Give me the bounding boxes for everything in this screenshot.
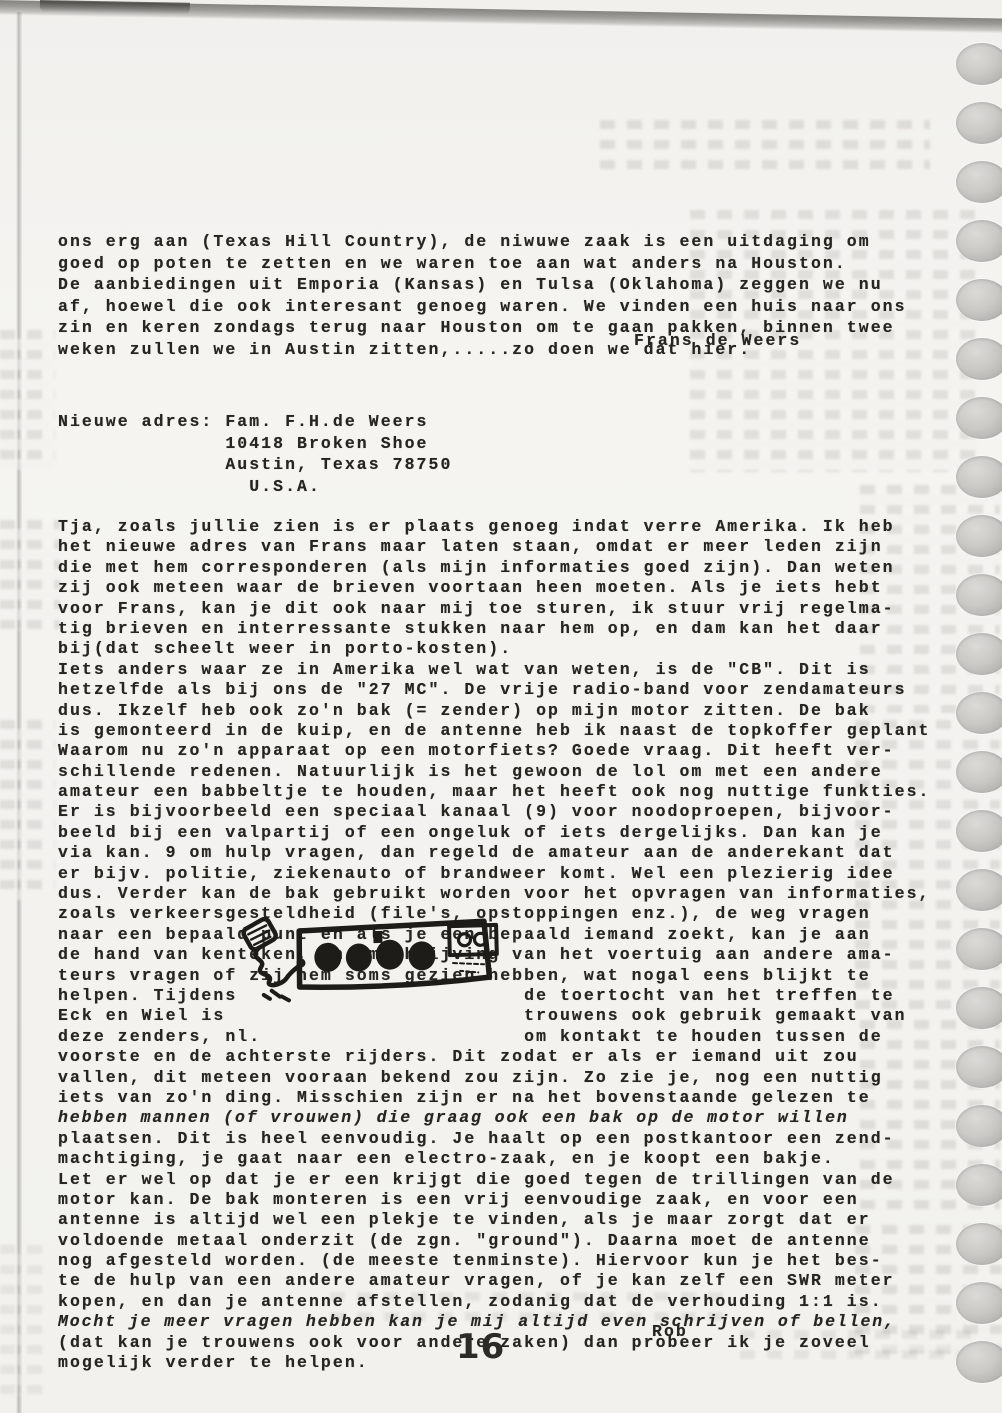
body-line: hetzelfde als bij ons de "27 MC". De vri… [58, 680, 930, 700]
body-line: vallen, dit meteen vooraan bekend zou zi… [58, 1068, 930, 1088]
body-line: beeld bij een valpartij of een ongeluk o… [58, 823, 930, 843]
address-line: Nieuwe adres: Fam. F.H.de Weers [58, 411, 452, 433]
body-line: die met hem corresponderen (als mijn inf… [58, 558, 930, 578]
body-line: Iets anders waar ze in Amerika wel wat v… [58, 660, 930, 680]
text-line: De aanbiedingen uit Emporia (Kansas) en … [58, 274, 907, 296]
binder-hole [956, 102, 1002, 144]
text-line: af, hoewel die ook interesant genoeg war… [58, 296, 907, 318]
binder-hole [956, 1046, 1002, 1088]
binder-hole [956, 1223, 1002, 1265]
bleedthrough-ghost [600, 120, 930, 170]
binder-hole [956, 574, 1002, 616]
cb-radio-doodle [238, 912, 518, 1010]
binder-hole [956, 987, 1002, 1029]
bleedthrough-ghost [0, 1245, 48, 1395]
page-number: 16 [456, 1330, 505, 1364]
body-line: plaatsen. Dit is heel eenvoudig. Je haal… [58, 1129, 930, 1149]
binder-hole [956, 633, 1002, 675]
binder-hole [956, 1105, 1002, 1147]
body-line: antenne is altijd wel een plekje te vind… [58, 1210, 930, 1230]
body-line: kopen, en dan je antenne afstellen, zoda… [58, 1292, 930, 1312]
bleedthrough-ghost [0, 330, 55, 470]
body-line: voor Frans, kan je dit ook naar mij toe … [58, 599, 930, 619]
body-line: motor kan. De bak monteren is een vrij e… [58, 1190, 930, 1210]
body-line: Waarom nu zo'n apparaat op een motorfiet… [58, 741, 930, 761]
body-line: nog afgesteld worden. (de meeste tenmins… [58, 1251, 930, 1271]
body-line: tig brieven en interressante stukken naa… [58, 619, 930, 639]
body-line: Tja, zoals jullie zien is er plaats geno… [58, 517, 930, 537]
page-left-edge-shadow [16, 12, 22, 1413]
binder-hole [956, 928, 1002, 970]
binder-hole [956, 338, 1002, 380]
body-line: Er is bijvoorbeeld een speciaal kanaal (… [58, 802, 930, 822]
body-line: het nieuwe adres van Frans maar laten st… [58, 537, 930, 557]
bleedthrough-ghost [0, 720, 55, 900]
body-line: Let er wel op dat je er een krijgt die g… [58, 1170, 930, 1190]
scanned-page: ons erg aan (Texas Hill Country), de niw… [0, 0, 1002, 1413]
binder-hole [956, 1282, 1002, 1324]
binder-hole [956, 279, 1002, 321]
body-line: er bijv. politie, ziekenauto of brandwee… [58, 864, 930, 884]
body-line: te de hulp van een andere amateur vragen… [58, 1271, 930, 1291]
binder-hole [956, 869, 1002, 911]
binder-hole [956, 161, 1002, 203]
signature-frans: Frans de Weers [634, 331, 801, 350]
body-line: voldoende metaal onderzit (de zgn. "grou… [58, 1231, 930, 1251]
binder-hole [956, 810, 1002, 852]
binder-hole [956, 1164, 1002, 1206]
body-line: machtiging, je gaat naar een electro-zaa… [58, 1149, 930, 1169]
body-line: dus. Ikzelf heb ook zo'n bak (= zender) … [58, 701, 930, 721]
body-line: via kan. 9 om hulp vragen, dan regeld de… [58, 843, 930, 863]
signature-rob: Rob [652, 1322, 688, 1341]
binder-hole [956, 692, 1002, 734]
body-line: schillende redenen. Natuurlijk is het ge… [58, 762, 930, 782]
body-line: hebben mannen (of vrouwen) die graag ook… [58, 1108, 930, 1128]
binder-hole [956, 1341, 1002, 1383]
body-line: amateur een babbeltje te houden, maar he… [58, 782, 930, 802]
binder-hole [956, 43, 1002, 85]
binder-hole [956, 456, 1002, 498]
body-line: dus. Verder kan de bak gebruikt worden v… [58, 884, 930, 904]
text-line: goed op poten te zetten en we waren toe … [58, 253, 907, 275]
bleedthrough-ghost [0, 520, 60, 630]
body-line: deze zenders, nl. om kontakt te houden t… [58, 1027, 930, 1047]
text-line: ons erg aan (Texas Hill Country), de niw… [58, 231, 907, 253]
binder-hole [956, 751, 1002, 793]
body-line: voorste en de achterste rijders. Dit zod… [58, 1047, 930, 1067]
body-line: is gemonteerd in de kuip, en de antenne … [58, 721, 930, 741]
binder-hole [956, 397, 1002, 439]
address-line: 10418 Broken Shoe [58, 433, 452, 455]
body-line: bij(dat scheelt weer in porto-kosten). [58, 639, 930, 659]
body-line: zij ook meteen waar de brieven voortaan … [58, 578, 930, 598]
body-line: iets van zo'n ding. Misschien zijn er na… [58, 1088, 930, 1108]
binder-hole [956, 220, 1002, 262]
binder-hole [956, 515, 1002, 557]
